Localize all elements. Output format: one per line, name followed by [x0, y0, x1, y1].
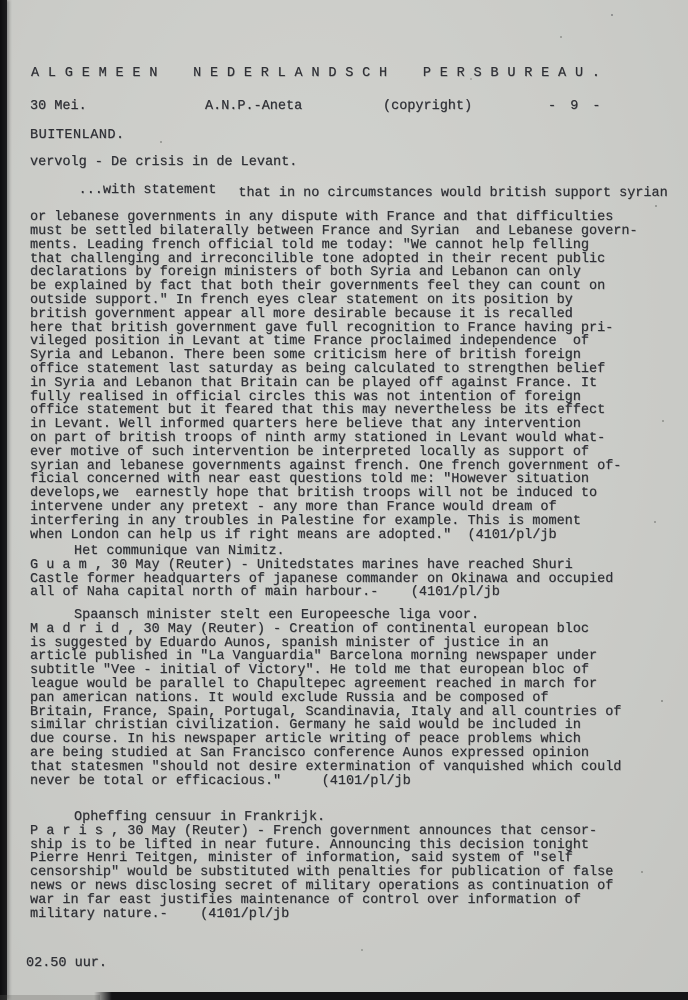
article-body: or lebanese governments in any dispute w… [30, 211, 664, 542]
article-heading: vervolg - De crisis in de Levant. [30, 156, 664, 170]
copyright-label: (copyright) [383, 99, 472, 114]
article-heading: Spaansch minister stelt een Europeesche … [30, 609, 664, 623]
article-body: M a d r i d , 30 May (Reuter) - Creation… [30, 623, 664, 789]
article-levant-crisis: vervolg - De crisis in de Levant. ...wit… [30, 156, 664, 542]
timestamp: 02.50 uur. [26, 956, 107, 971]
article-heading: Opheffing censuur in Frankrijk. [30, 811, 664, 825]
lead-in-continuation: that in no circumstances would british s… [238, 186, 667, 201]
dateline-row: 30 Mei. A.N.P.-Aneta (copyright) - 9 - [30, 99, 660, 115]
article-france-censorship: Opheffing censuur in Frankrijk. P a r i … [30, 811, 664, 921]
issue-date: 30 Mei. [30, 99, 87, 114]
page-number: - 9 - [548, 99, 604, 114]
article-lead-line: ...with statementthat in no circumstance… [30, 170, 664, 211]
article-body: P a r i s , 30 May (Reuter) - French gov… [30, 825, 664, 922]
lead-in-text: ...with statement [79, 183, 217, 198]
article-nimitz-communique: Het communique van Nimitz. G u a m , 30 … [30, 545, 664, 600]
article-body: G u a m , 30 May (Reuter) - Unitedstates… [30, 559, 664, 600]
section-label: BUITENLAND. [30, 128, 125, 143]
article-heading: Het communique van Nimitz. [30, 545, 664, 559]
scanned-press-bulletin-page: ALGEMEEN NEDERLANDSCH PERSBUREAU. 30 Mei… [0, 0, 688, 1000]
article-spanish-european-league: Spaansch minister stelt een Europeesche … [30, 609, 664, 788]
agency-title: ALGEMEEN NEDERLANDSCH PERSBUREAU. [31, 66, 609, 81]
scan-edge-left [0, 0, 7, 1000]
service-name: A.N.P.-Aneta [205, 99, 302, 114]
scan-smudge-bottom-left [0, 995, 100, 1000]
scan-edge-bottom [94, 992, 688, 1000]
